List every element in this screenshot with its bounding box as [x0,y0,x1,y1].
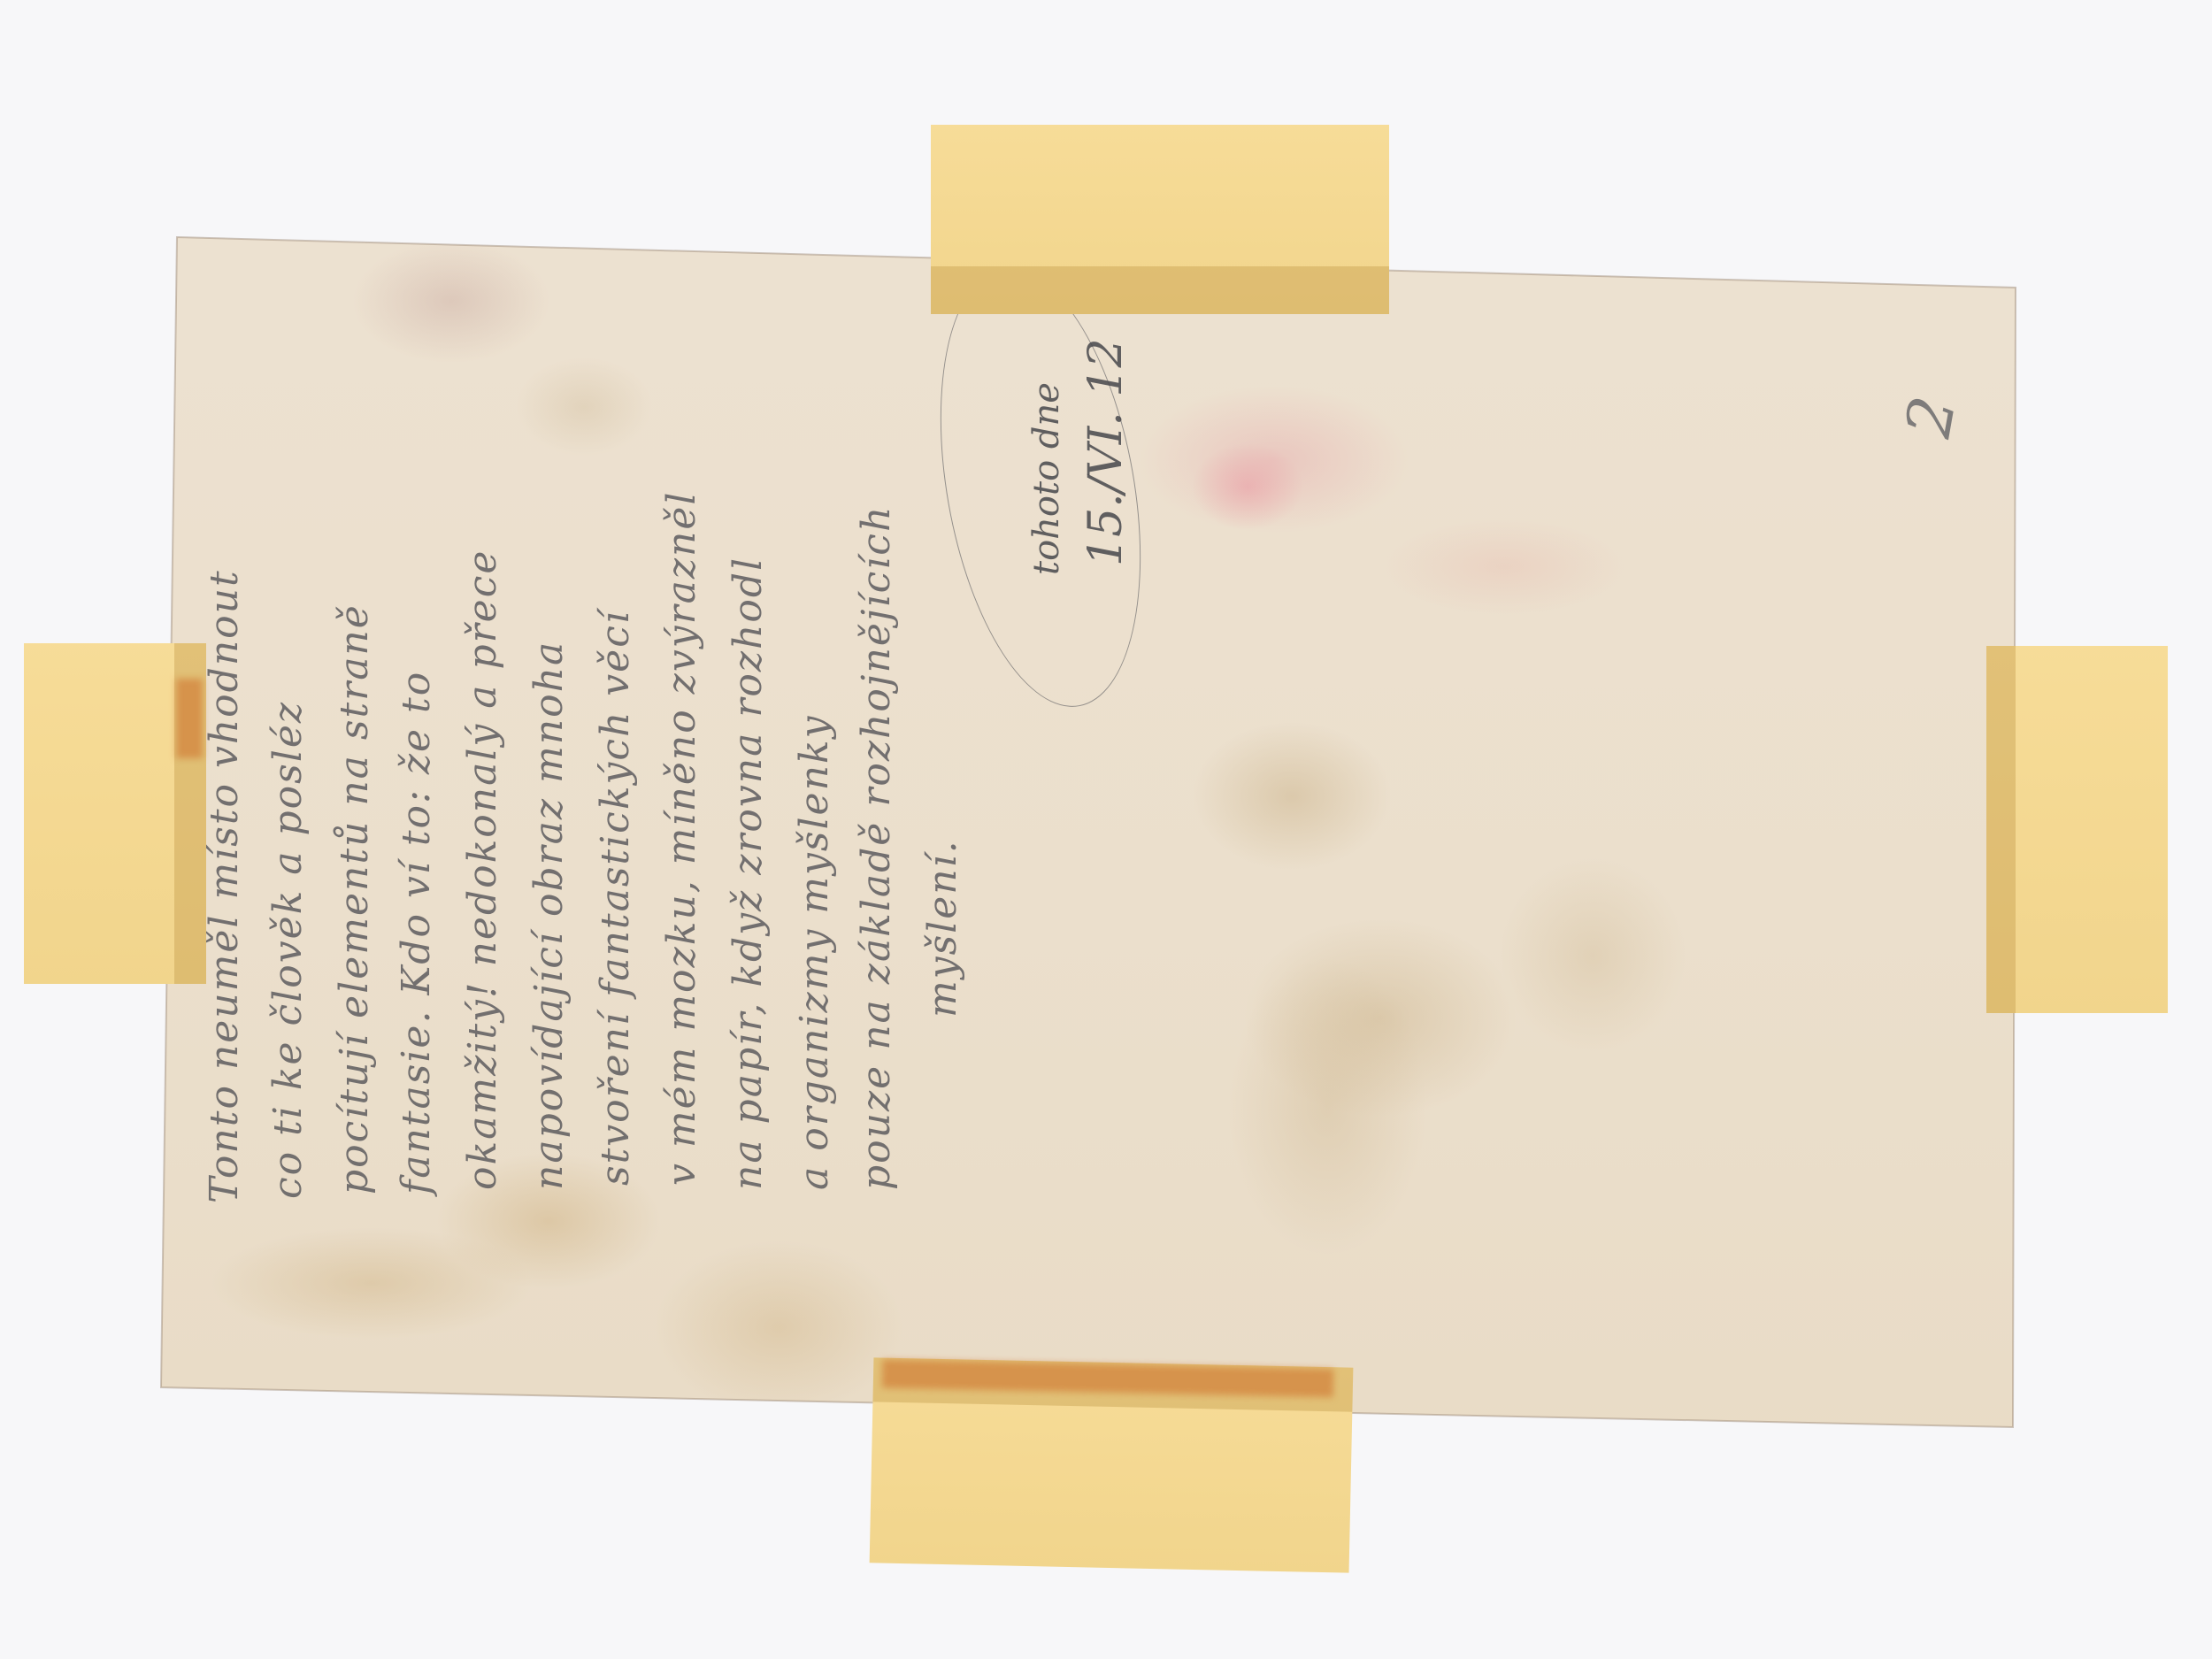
circled-note-line-1: tohoto dne [1026,382,1067,575]
tape-top [931,125,1389,314]
handwritten-line-8: v mém mozku, míněno zvýrazněl [659,491,704,1186]
handwritten-line-9: na papír, když zrovna rozhodl [726,557,771,1190]
handwritten-line-12: myšlení. [920,839,965,1018]
handwritten-line-5: okamžitý! nedokonalý a přece [460,549,505,1190]
handwritten-line-11: pouze na základě rozhojnějících [854,505,899,1190]
handwritten-line-1: Tonto neuměl místo vhodnout [202,569,247,1203]
tape-bottom [870,1357,1354,1572]
circled-note-date: 15./VI. 12 [1079,338,1133,566]
handwritten-line-7: stvoření fantastických věcí [593,610,638,1186]
handwritten-line-4: fantasie. Kdo ví to: že to [394,671,439,1194]
handwritten-line-10: a organizmy myšlenky [792,715,837,1190]
handwritten-line-6: napovídající obraz mnoha [526,641,572,1190]
handwritten-line-3: pocítují elementů na straně [332,603,377,1194]
handwritten-line-2: co ti ke člověk a posléz [265,701,311,1199]
tape-right [1986,646,2168,1013]
tape-left [24,643,206,984]
